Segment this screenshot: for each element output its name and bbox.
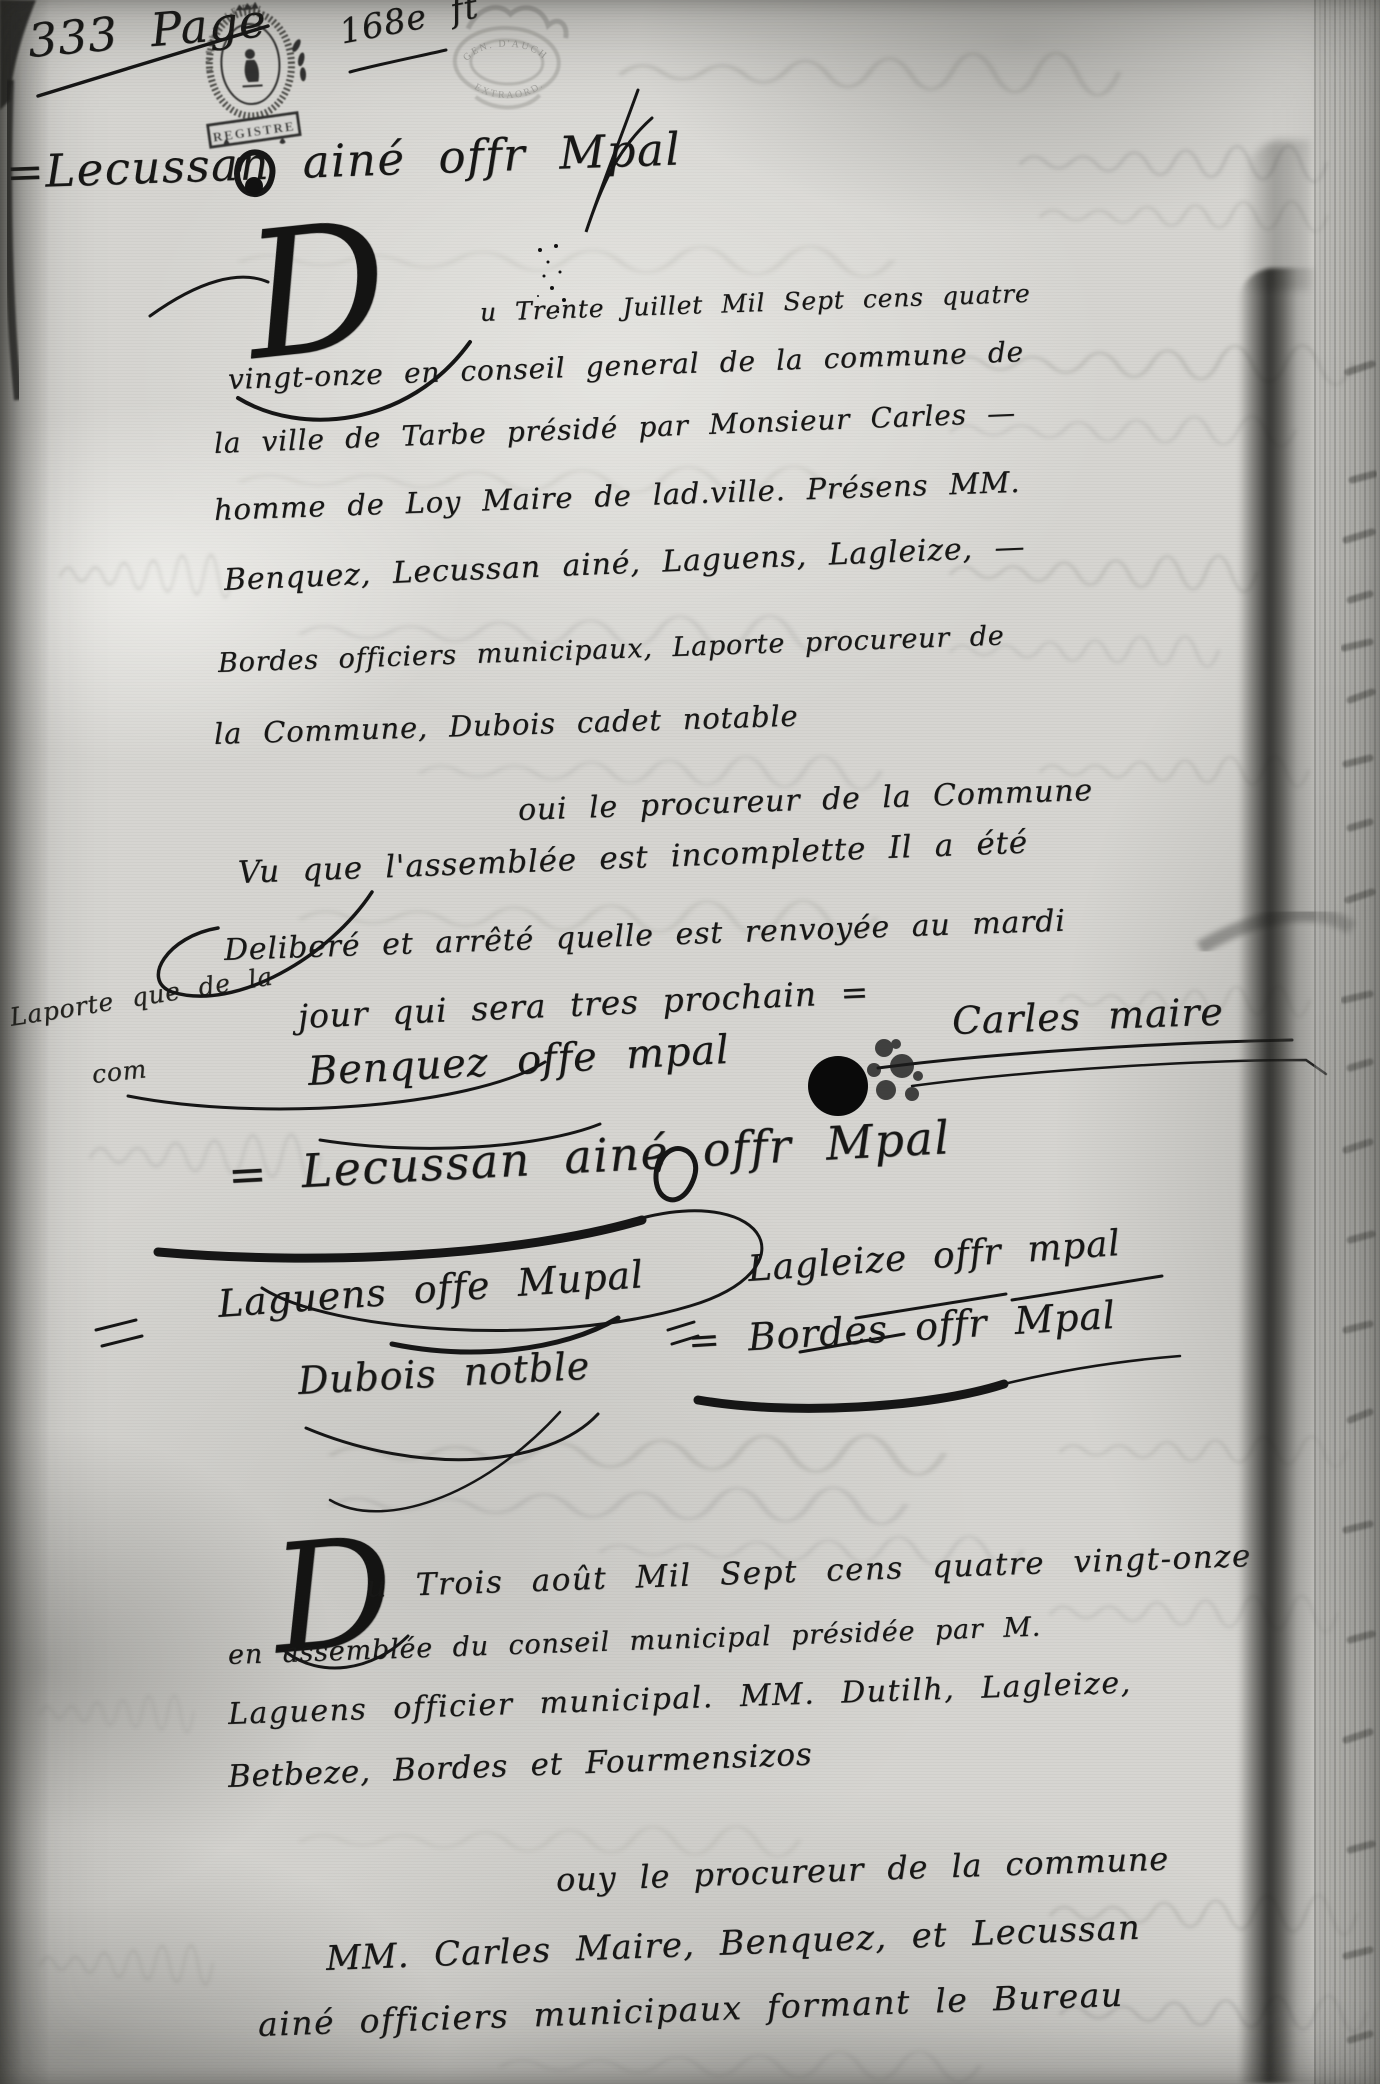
signature-benquez: Benquez offe mpal [307,1030,730,1092]
entry1-line-3: la ville de Tarbe présidé par Monsieur C… [213,399,1016,458]
entry1-line-6: Bordes officiers municipaux, Laporte pro… [218,623,1005,677]
entry1-line-1: u Trente Juillet Mil Sept cens quatre [480,281,1031,325]
entry2-line-6: MM. Carles Maire, Benquez, et Lecussan [325,1911,1141,1976]
signature-laguens: Laguens offe Mupal [217,1255,645,1323]
entry1-line-4: homme de Loy Maire de lad.ville. Présens… [213,468,1020,525]
left-gutter-shadow [0,0,50,2084]
lecussan-heavy-underline [158,1220,642,1258]
page-stack-edge [1314,0,1380,2084]
page-number: 333 Page [26,0,268,64]
entry2-line-5: ouy le procureur de la commune [555,1843,1169,1896]
entry2-line-1: u Trois août Mil Sept cens quatre vingt-… [365,1541,1252,1603]
signature-bordes: = Bordes offr Mpal [687,1296,1117,1360]
stamp-figure [244,60,259,83]
signature-lagleize: Lagleize offr mpal [747,1226,1122,1288]
bordes-heavy-underline [698,1384,1004,1408]
entry1-line-9: Vu que l'assemblée est incomplette Il a … [237,828,1028,889]
entry1-line-7: la Commune, Dubois cadet notable [214,702,799,749]
entry2-line-4: Betbeze, Bordes et Fourmensizos [227,1740,813,1793]
folio-underline [350,50,446,72]
entry1-line-10: Deliberé et arrêté quelle est renvoyée a… [223,907,1066,966]
dubois-flourish-1 [306,1414,598,1460]
manuscript-page: 333 Page 168e ft LA LOI ET LE ROI [0,0,1380,2084]
entry-heading: =Lecussan ainé offr Mpal [5,126,682,195]
signature-dubois: Dubois notble [297,1347,591,1400]
entry1-dropcap: D [240,215,394,369]
entry1-line-8: oui le procureur de la Commune [517,776,1093,826]
entry1-line-11: jour qui sera tres prochain = [297,975,869,1033]
book-binding-edge [1238,268,1316,2084]
entry1-line-5: Benquez, Lecussan ainé, Laguens, Lagleiz… [223,532,1025,596]
tax-stamp-top-text: GEN. D'AUCH [461,37,550,67]
dubois-flourish-2 [330,1412,560,1511]
stamp-crown-scribble [468,6,567,38]
svg-text:EXTRAORD.: EXTRAORD. [472,77,546,103]
carles-underline-1 [878,1040,1292,1068]
entry2-line-7: ainé officiers municipaux formant le Bur… [257,1978,1124,2041]
signature-lecussan: = Lecussan ainé offr Mpal [227,1114,952,1198]
tax-stamp-bottom-text: EXTRAORD. [472,77,546,103]
svg-text:GEN. D'AUCH: GEN. D'AUCH [461,37,550,67]
stamp-sprig [290,38,307,82]
folio-note: 168e ft [337,0,481,50]
signature-carles: Carles maire [951,993,1224,1040]
margin-note-line2: com [91,1056,148,1087]
